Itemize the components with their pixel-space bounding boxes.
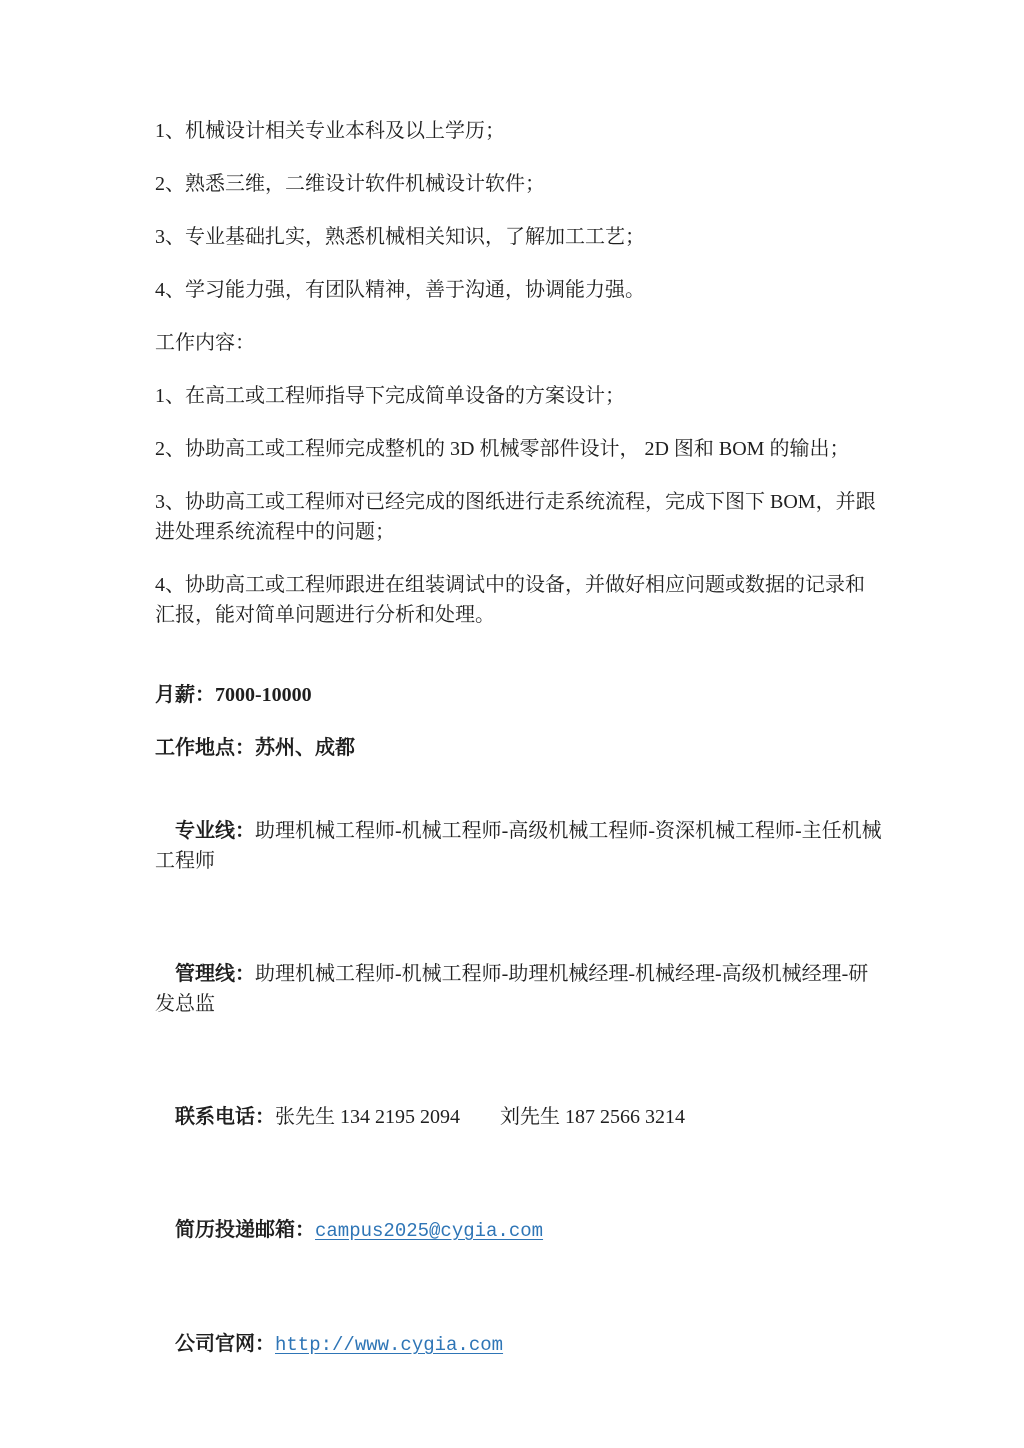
requirement-item-2: 2、熟悉三维，二维设计软件机械设计软件；	[155, 169, 884, 199]
management-track-line: 管理线：助理机械工程师-机械工程师-助理机械经理-机械经理-高级机械经理-研发总…	[155, 929, 884, 1049]
professional-track-value: 助理机械工程师-机械工程师-高级机械工程师-资深机械工程师-主任机械工程师	[155, 820, 882, 872]
paragraph-spacer	[155, 653, 884, 680]
management-track-label: 管理线：	[175, 963, 255, 985]
job-content-item-3: 3、协助高工或工程师对已经完成的图纸进行走系统流程，完成下图下 BOM，并跟进处…	[155, 487, 884, 547]
requirement-item-1: 1、机械设计相关专业本科及以上学历；	[155, 116, 884, 146]
contact-line: 联系电话：张先生 134 2195 2094 刘先生 187 2566 3214	[155, 1072, 884, 1162]
job-content-heading: 工作内容：	[155, 328, 884, 358]
location-line: 工作地点：苏州、成都	[155, 733, 884, 763]
requirement-item-4: 4、学习能力强，有团队精神，善于沟通，协调能力强。	[155, 275, 884, 305]
resume-email-line: 简历投递邮箱：campus2025@cygia.com	[155, 1185, 884, 1276]
contact-value: 张先生 134 2195 2094 刘先生 187 2566 3214	[275, 1106, 685, 1128]
website-link[interactable]: http://www.cygia.com	[275, 1334, 503, 1356]
website-label: 公司官网：	[175, 1333, 275, 1355]
contact-label: 联系电话：	[175, 1106, 275, 1128]
job-content-item-4: 4、协助高工或工程师跟进在组装调试中的设备，并做好相应问题或数据的记录和汇报，能…	[155, 570, 884, 630]
professional-track-line: 专业线：助理机械工程师-机械工程师-高级机械工程师-资深机械工程师-主任机械工程…	[155, 786, 884, 906]
job-content-item-1: 1、在高工或工程师指导下完成简单设备的方案设计；	[155, 381, 884, 411]
job-content-item-2: 2、协助高工或工程师完成整机的 3D 机械零部件设计， 2D 图和 BOM 的输…	[155, 434, 884, 464]
professional-track-label: 专业线：	[175, 820, 255, 842]
requirement-item-3: 3、专业基础扎实，熟悉机械相关知识，了解加工工艺；	[155, 222, 884, 252]
website-line: 公司官网：http://www.cygia.com	[155, 1299, 884, 1390]
resume-email-link[interactable]: campus2025@cygia.com	[315, 1220, 543, 1242]
resume-email-label: 简历投递邮箱：	[175, 1219, 315, 1241]
management-track-value: 助理机械工程师-机械工程师-助理机械经理-机械经理-高级机械经理-研发总监	[155, 963, 868, 1015]
salary-line: 月薪：7000-10000	[155, 680, 884, 710]
document-page: 1、机械设计相关专业本科及以上学历； 2、熟悉三维，二维设计软件机械设计软件； …	[0, 0, 1024, 1448]
